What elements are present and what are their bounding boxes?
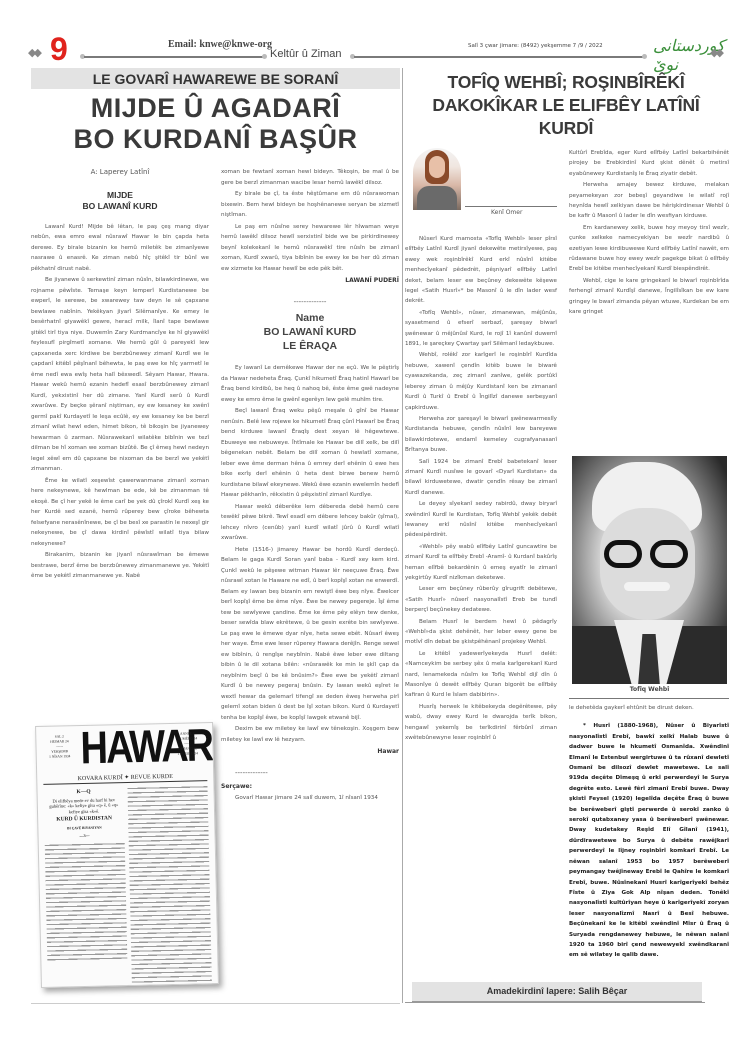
article-title: MIJDE Û AGADARÎ BO KURDANÎ BAŞÛR [31,93,400,155]
article-column-1: Kenî Omer Nûserî Kurd mamosta «Tofîq Weh… [405,148,557,745]
column-divider [402,68,403,1003]
paragraph: xoman be fewtanî xoman hewl bideyn. Têko… [221,167,399,188]
page-number: 9 [50,32,68,66]
caption-rule [569,698,729,699]
footnote-text: * Husrî (1880-1968), Nûser û Biyarîstî n… [569,721,729,960]
title-line: TOFÎQ WEHBÎ; ROŞINBÎRÊKÎ [405,71,727,94]
article-column-1: A: Laperey Latînî MIJDE BO LAWANÎ KURD L… [31,167,209,804]
hawar-section-head: KURD Û KURDISTAN [44,815,124,823]
paragraph: Ey lawanî Le demêkewe Hawar der ne eçû. … [221,363,399,405]
hawar-section-head: K—Q [44,788,124,796]
signature: Hawar [221,747,399,758]
title-line: DAKOKÎKAR LE ELIFBÊY LATÎNÎ KURDÎ [405,94,727,140]
paragraph: Hawar wekû dêberêke lem dêbereda debê he… [221,502,399,544]
paragraph: Beçî lawanî Êraq weku pêşû meşale û gînî… [221,406,399,501]
paragraph: Husrîş herwek le kitêbekeyda degêrêtewe,… [405,702,557,744]
separator: ------------- [221,297,399,308]
paragraph: Ême ke wilatî xeşewîst çawerwanmane zima… [31,476,209,550]
paragraph: Dexim be ew miletey ke lawî ew tênekoşin… [221,724,399,745]
article-body: Kultûrî Erebîda, eger Kurd elîfbêy Latîn… [569,148,729,318]
paragraph: Em kardanewey xelik, buwe hoy meyoy tirs… [569,223,729,275]
paragraph: Kultûrî Erebîda, eger Kurd elîfbêy Latîn… [569,148,729,179]
paragraph: Le deyey sîyekanî sedey rabirdû, dway bi… [405,499,557,541]
paragraph: Wehbî, rolêkî zor karîgerî le roşinbîrî … [405,350,557,412]
hawar-text-block [45,841,128,961]
subhead-line: LE ÊRAQA [221,339,399,353]
paragraph: Herweha amajey bewez kirduwe, melakan pe… [569,180,729,222]
hawar-masthead: HAWAR [80,722,171,775]
bottom-rule [31,1003,400,1004]
paragraph: Nûserî Kurd mamosta «Tofîq Wehbî» leser … [405,234,557,307]
hawar-section-sub: BI ÇAVÊ BIYANIYAN [44,824,124,832]
paragraph: «Tofîq Wehbî», nûser, zimanewan, mêjûnûs… [405,308,557,350]
paragraph: le dehetêda gaykerî ehtûnit be dirust de… [569,703,729,713]
portrait-caption: Tofîq Wehbî [572,686,727,693]
hawar-right-meta: ANNÉE 2 NUMÉRO 24 —— DIMANCHE 1 AVRIL 19… [170,731,205,757]
paragraph: Le paş em nûsîne serey hewarewe lêr hîwa… [221,222,399,275]
hawar-column-1: K—Q Di elifbêya mede ev du harf bi hev g… [43,786,128,988]
subhead-line: MIJDE [31,190,209,201]
section-title: Keltûr û Ziman [270,48,342,60]
author-name: Kenî Omer [491,209,522,216]
article-body: Nûserî Kurd mamosta «Tofîq Wehbî» leser … [405,234,557,744]
hawar-left-meta: SAL 2 HEJMAR 24 —— YEKŞEMB 1 NÎSAN 1934 [44,734,75,760]
footer-rule [405,1002,705,1003]
author-photo [413,148,461,210]
page-credit: Amadekirdinî lapere: Salih Bêçar [412,982,702,1002]
email-address[interactable]: Email: knwe@knwe-org [168,39,272,50]
footnote-column: le dehetêda gaykerî ehtûnit be dirust de… [569,703,729,961]
hawar-section-num: —3— [44,832,124,840]
hawar-section-text: Di elifbêya mede ev du harf bi hev guhêr… [44,797,124,815]
article-columns: A: Laperey Latînî MIJDE BO LAWANÎ KURD L… [31,167,400,804]
article-kicker: LE GOVARÎ HAWAREWE BE SORANÎ [31,68,400,89]
title-line: MIJDE Û AGADARÎ [31,93,400,124]
section-subhead: MIJDE BO LAWANÎ KURD [31,190,209,212]
divider-dot [262,54,267,59]
paragraph: «Wehbî» pêy wabû elîfbêy Latînî guncawti… [405,542,557,584]
paragraph: Be jiyanewe û serkewtinî ziman nûsîn, bi… [31,275,209,475]
hawar-masthead-area: SAL 2 HEJMAR 24 —— YEKŞEMB 1 NÎSAN 1934 … [42,729,207,775]
hawar-newspaper-image: SAL 2 HEJMAR 24 —— YEKŞEMB 1 NÎSAN 1934 … [35,722,219,988]
paragraph: Ey birale be çî, ta êste hêştûmane em dû… [221,189,399,221]
subhead-line: BO LAWANÎ KURD [31,201,209,212]
paragraph: Leser em beçûney rûberûy gîrugrift debêt… [405,584,557,615]
paragraph: Belam Husrî le berdem hewl û pêdagrîy «W… [405,617,557,648]
article-column-2: xoman be fewtanî xoman hewl bideyn. Têko… [221,167,399,804]
author-rule [465,206,557,207]
left-article: LE GOVARÎ HAWAREWE BE SORANÎ MIJDE Û AGA… [31,68,400,804]
paragraph: Le kitêbî yadewerîyekeyda Husrî delêt: «… [405,649,557,701]
section-subhead: Name BO LAWANÎ KURD LE ÊRAQA [221,311,399,353]
issue-info: Salî 3 çwar jimare: (8492) yekşemme 7 /9… [468,43,603,49]
footnote: * Husrî (1880-1968), Nûser û Biyarîstî n… [569,721,729,960]
sources-text: Govarî Hawar jimare 24 salî duwem, 1î nî… [221,793,399,804]
paragraph: Birakanim, bizanin ke jiyanî nûsrawîman … [31,550,209,582]
hawar-column-2 [127,784,212,986]
hawar-text-block [127,784,212,986]
paragraph: Herweha zor şareşayî le biwarî şwênewarm… [405,414,557,456]
arrow-right-icon: ◆◆ [710,46,721,59]
page-header: ◆◆ 9 Email: knwe@knwe-org Keltûr û Ziman… [28,36,728,66]
tofiq-wehbi-portrait [572,456,727,684]
subhead-line: BO LAWANÎ KURD [221,325,399,339]
paragraph: Salî 1924 be zimanî Erebî babetekanî les… [405,457,557,499]
right-article: TOFÎQ WEHBÎ; ROŞINBÎRÊKÎ DAKOKÎKAR LE EL… [405,68,727,148]
subhead-line: Name [221,311,399,325]
header-rule-left [84,56,264,58]
signature: LAWANÎ PUDERÎ [221,276,399,287]
arrow-left-icon: ◆◆ [28,46,39,59]
title-line: BO KURDANÎ BAŞÛR [31,124,400,155]
separator: ------------- [235,768,399,779]
after-portrait-text: le dehetêda gaykerî ehtûnit be dirust de… [569,703,729,713]
paragraph: Wehbî, cige le kare gringekanî le biwarî… [569,276,729,318]
header-rule-right [354,56,644,58]
article-title: TOFÎQ WEHBÎ; ROŞINBÎRÊKÎ DAKOKÎKAR LE EL… [405,71,727,140]
byline: A: Laperey Latînî [31,167,209,178]
paragraph: Hete (1516-) jimarey Hawar be hordû Kurd… [221,545,399,724]
article-column-2: Kultûrî Erebîda, eger Kurd elîfbêy Latîn… [569,148,729,319]
hawar-body: K—Q Di elifbêya mede ev du harf bi hev g… [43,784,211,988]
sources-label: Serçawe: [221,782,399,793]
divider-dot [642,54,647,59]
paragraph: Lawanî Kurd! Mijde bê lêtan, le paş çeş … [31,222,209,275]
author-block: Kenî Omer [405,148,557,234]
